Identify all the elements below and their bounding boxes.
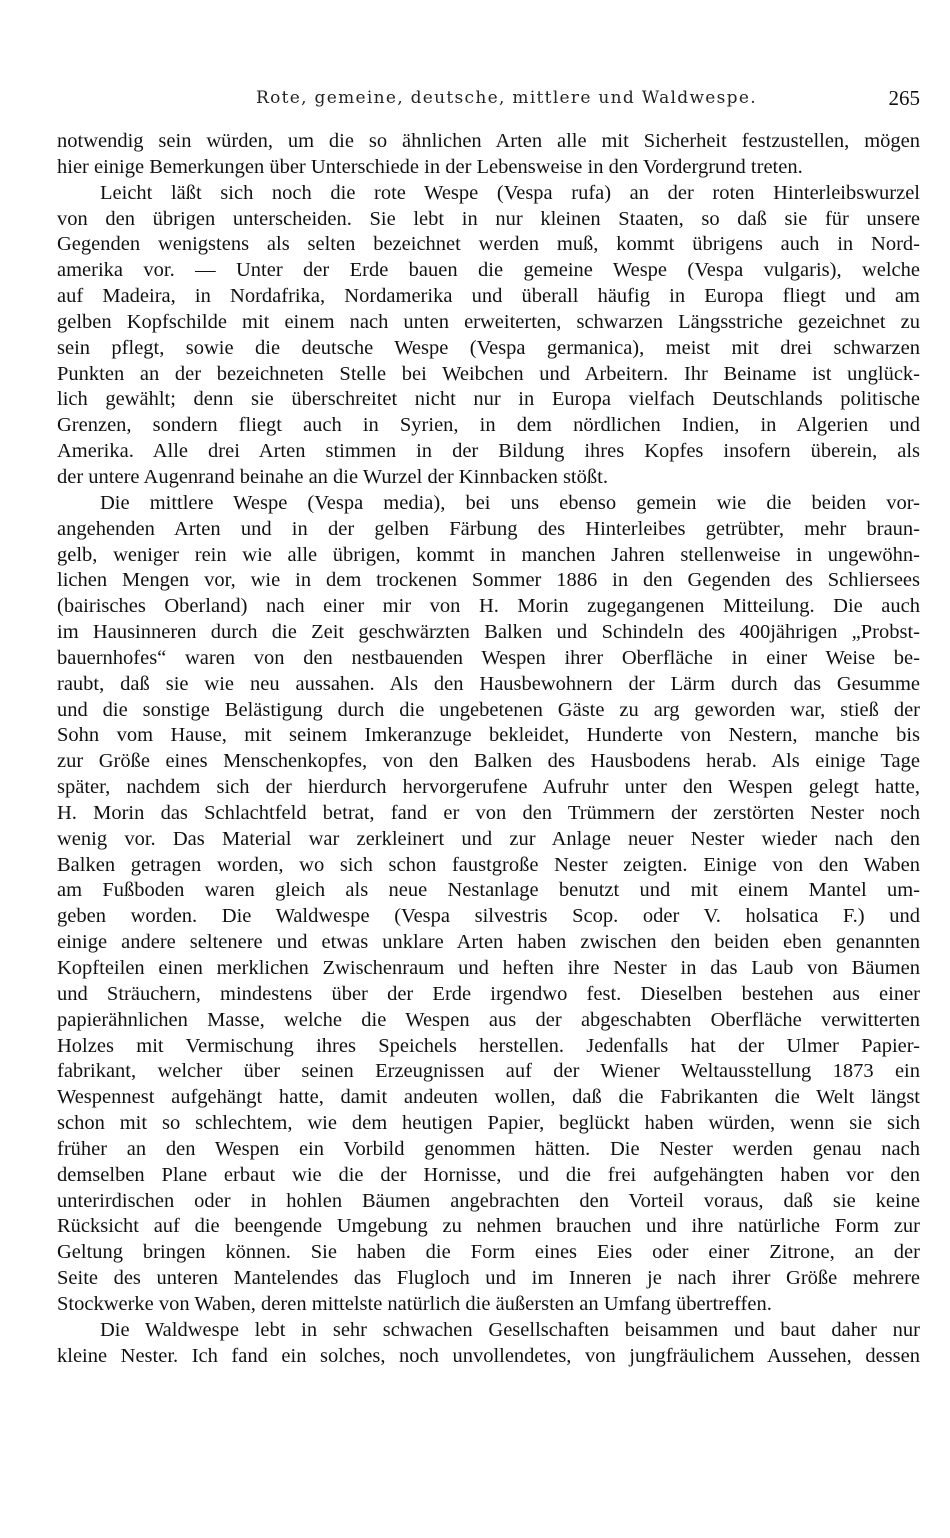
text-line: und Sträuchern, mindestens über der Erde… [57,982,920,1008]
text-line: Balken getragen worden, wo sich schon fa… [57,853,920,879]
book-page: Rote, gemeine, deutsche, mittlere und Wa… [0,0,950,1538]
text-line: amerika vor. — Unter der Erde bauen die … [57,258,920,284]
text-line: lich gewählt; denn sie überschreitet nic… [57,387,920,413]
text-line: Punkten an der bezeichneten Stelle bei W… [57,362,920,388]
text-line: Sohn vom Hause, mit seinem Imkeranzuge b… [57,723,920,749]
text-line: schon mit so schlechtem, wie dem heutige… [57,1111,920,1137]
text-line: Gegenden wenigstens als selten bezeichne… [57,232,920,258]
paragraph-first-line: Leicht läßt sich noch die rote Wespe (Ve… [57,181,920,207]
text-line: der untere Augenrand beinahe an die Wurz… [57,465,920,491]
text-line: später, nachdem sich der hierdurch hervo… [57,775,920,801]
text-line: Stockwerke von Waben, deren mittelste na… [57,1292,920,1318]
running-title: Rote, gemeine, deutsche, mittlere und Wa… [256,88,757,108]
text-line: demselben Plane erbaut wie die der Horni… [57,1163,920,1189]
text-line: hier einige Bemerkungen über Unterschied… [57,155,920,181]
page-number: 265 [889,86,921,111]
text-line: einige andere seltenere und etwas unklar… [57,930,920,956]
text-line: gelben Kopfschilde mit einem nach unten … [57,310,920,336]
text-line: Rücksicht auf die beengende Umgebung zu … [57,1214,920,1240]
text-line: Geltung bringen können. Sie haben die Fo… [57,1240,920,1266]
text-line: H. Morin das Schlachtfeld betrat, fand e… [57,801,920,827]
text-line: bauernhofes“ waren von den nestbauenden … [57,646,920,672]
text-line: gelb, weniger rein wie alle übrigen, kom… [57,543,920,569]
text-line: geben worden. Die Waldwespe (Vespa silve… [57,904,920,930]
text-line: raubt, daß sie wie neu aussahen. Als den… [57,672,920,698]
text-line: im Hausinneren durch die Zeit geschwärzt… [57,620,920,646]
text-line: Amerika. Alle drei Arten stimmen in der … [57,439,920,465]
text-line: Holzes mit Vermischung ihres Speichels h… [57,1034,920,1060]
text-line: fabrikant, welcher über seinen Erzeugnis… [57,1059,920,1085]
text-line: Seite des unteren Mantelendes das Fluglo… [57,1266,920,1292]
text-line: auf Madeira, in Nordafrika, Nordamerika … [57,284,920,310]
text-line: angehenden Arten und in der gelben Färbu… [57,517,920,543]
paragraph-first-line: Die Waldwespe lebt in sehr schwachen Ges… [57,1318,920,1344]
text-line: Wespennest aufgehängt hatte, damit andeu… [57,1085,920,1111]
body-text: notwendig sein würden, um die so ähnlich… [57,129,920,1370]
text-line: von den übrigen unterscheiden. Sie lebt … [57,207,920,233]
text-line: und die sonstige Belästigung durch die u… [57,698,920,724]
paragraph-first-line: Die mittlere Wespe (Vespa media), bei un… [57,491,920,517]
text-line: Grenzen, sondern fliegt auch in Syrien, … [57,413,920,439]
text-line: unterirdischen oder in hohlen Bäumen ang… [57,1189,920,1215]
text-line: sein pflegt, sowie die deutsche Wespe (V… [57,336,920,362]
text-line: papierähnlichen Masse, welche die Wespen… [57,1008,920,1034]
text-line: am Fußboden waren gleich als neue Nestan… [57,878,920,904]
text-line: lichen Mengen vor, wie in dem trockenen … [57,568,920,594]
text-line: wenig vor. Das Material war zerkleinert … [57,827,920,853]
text-line: Kopfteilen einen merklichen Zwischenraum… [57,956,920,982]
text-line: kleine Nester. Ich fand ein solches, noc… [57,1344,920,1370]
text-line: notwendig sein würden, um die so ähnlich… [57,129,920,155]
text-line: früher an den Wespen ein Vorbild genomme… [57,1137,920,1163]
text-line: zur Größe eines Menschenkopfes, von den … [57,749,920,775]
text-line: (bairisches Oberland) nach einer mir von… [57,594,920,620]
